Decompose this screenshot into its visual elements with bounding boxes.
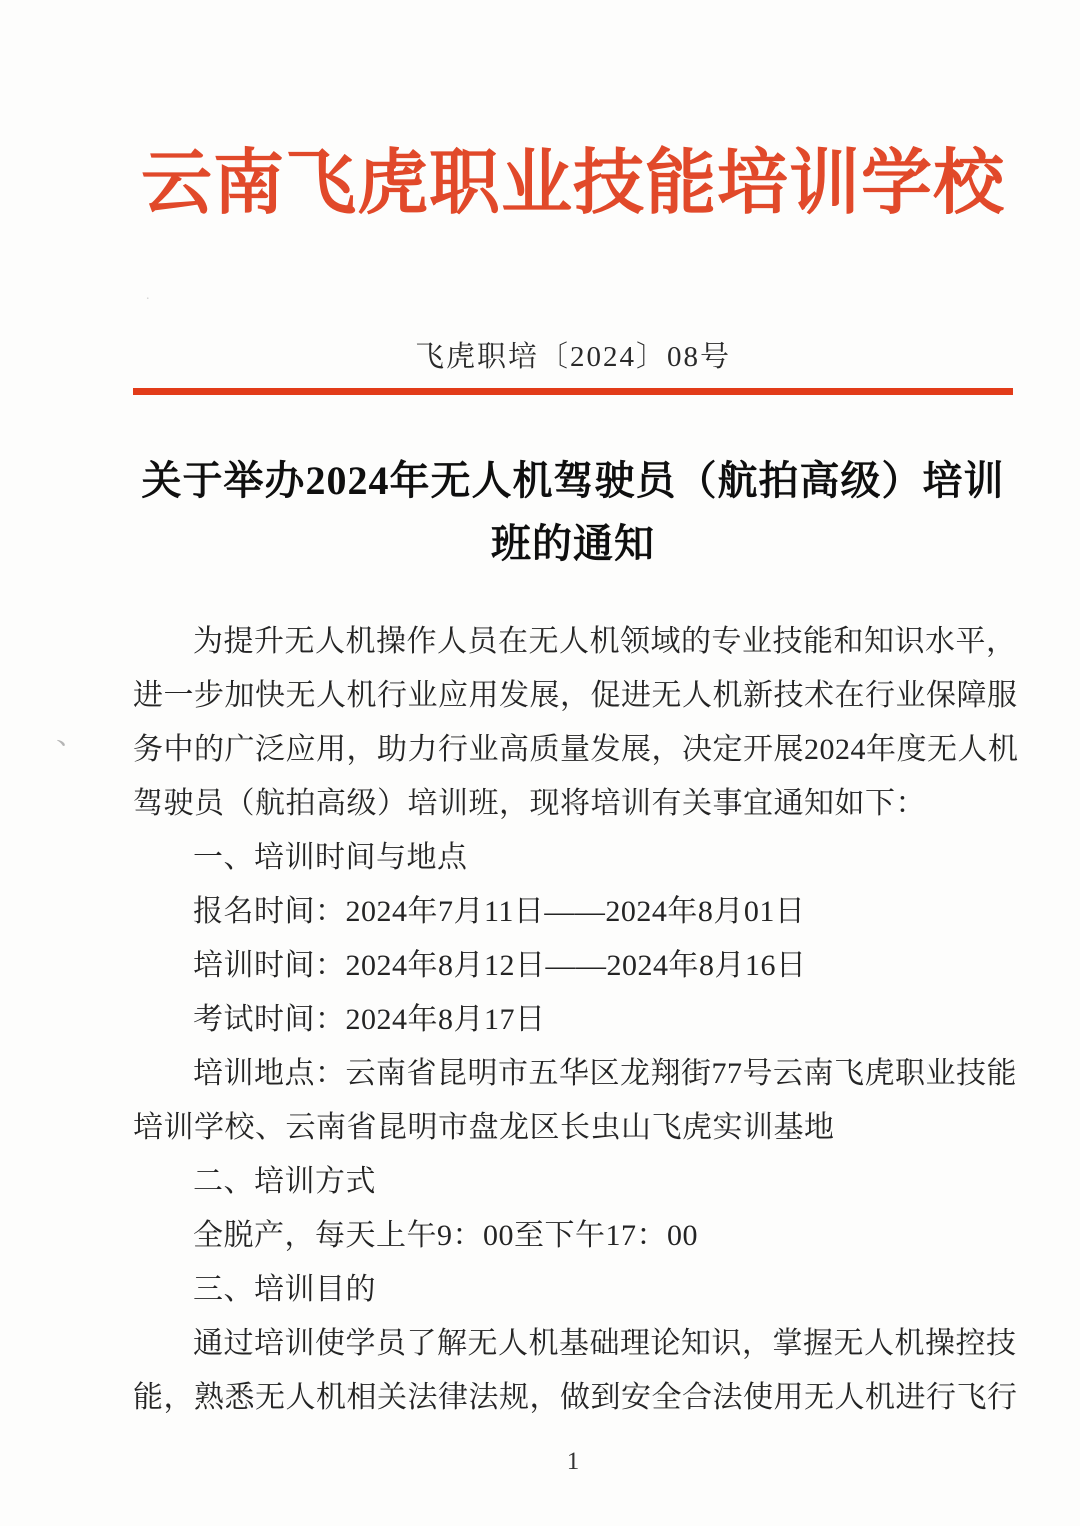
scan-artifact-mark: 、 <box>52 710 85 754</box>
letterhead-school-name: 云南飞虎职业技能培训学校 <box>133 0 1013 223</box>
notice-body-line: 全脱产，每天上午9：00至下午17：00 <box>133 1209 1013 1263</box>
scanned-document-page: . 、 云南飞虎职业技能培训学校 飞虎职培〔2024〕08号 关于举办2024年… <box>0 0 1080 1526</box>
notice-title: 关于举办2024年无人机驾驶员（航拍高级）培训 班的通知 <box>133 449 1013 575</box>
letterhead-red-rule <box>133 388 1013 395</box>
notice-body: 为提升无人机操作人员在无人机领域的专业技能和知识水平，进一步加快无人机行业应用发… <box>133 615 1013 1425</box>
notice-body-line: 能，熟悉无人机相关法律法规，做到安全合法使用无人机进行飞行 <box>133 1371 1013 1425</box>
notice-body-line: 为提升无人机操作人员在无人机领域的专业技能和知识水平， <box>133 615 1013 669</box>
notice-body-line: 培训时间：2024年8月12日——2024年8月16日 <box>133 939 1013 993</box>
notice-body-line: 驾驶员（航拍高级）培训班，现将培训有关事宜通知如下： <box>133 777 1013 831</box>
notice-body-line: 培训学校、云南省昆明市盘龙区长虫山飞虎实训基地 <box>133 1101 1013 1155</box>
document-number: 飞虎职培〔2024〕08号 <box>133 341 1013 373</box>
notice-body-line: 二、培训方式 <box>133 1155 1013 1209</box>
notice-body-line: 进一步加快无人机行业应用发展，促进无人机新技术在行业保障服 <box>133 669 1013 723</box>
notice-body-line: 通过培训使学员了解无人机基础理论知识，掌握无人机操控技 <box>133 1317 1013 1371</box>
notice-body-line: 务中的广泛应用，助力行业高质量发展，决定开展2024年度无人机 <box>133 723 1013 777</box>
page-number: 1 <box>133 1448 1013 1476</box>
document-content-column: 云南飞虎职业技能培训学校 飞虎职培〔2024〕08号 关于举办2024年无人机驾… <box>133 0 1013 1425</box>
notice-body-line: 一、培训时间与地点 <box>133 831 1013 885</box>
notice-body-line: 报名时间：2024年7月11日——2024年8月01日 <box>133 885 1013 939</box>
notice-body-line: 三、培训目的 <box>133 1263 1013 1317</box>
notice-title-line-1: 关于举办2024年无人机驾驶员（航拍高级）培训 <box>133 449 1013 512</box>
notice-body-line: 考试时间：2024年8月17日 <box>133 993 1013 1047</box>
notice-body-line: 培训地点：云南省昆明市五华区龙翔街77号云南飞虎职业技能 <box>133 1047 1013 1101</box>
notice-title-line-2: 班的通知 <box>133 512 1013 575</box>
